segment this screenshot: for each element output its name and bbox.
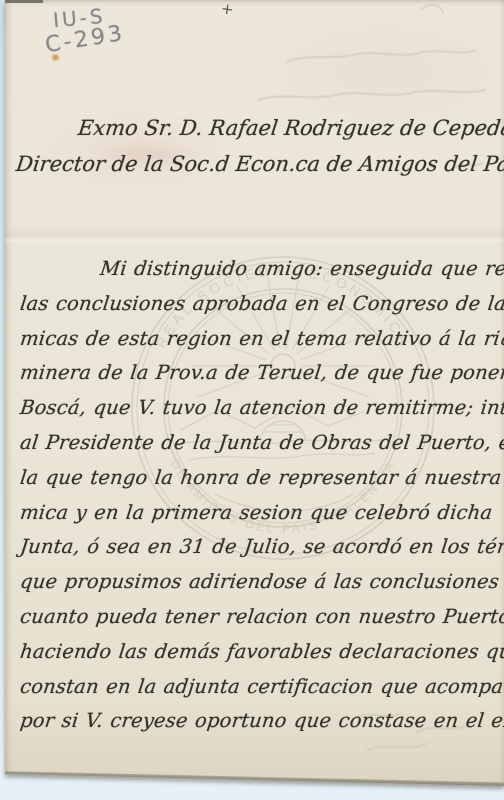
letter-line: mica y en la primera sesion que celebró …	[18, 496, 504, 531]
scan-frame: REAL SOCIEDAD ECONOMICA DE AMIGOS DEL PA…	[0, 0, 504, 800]
letter-line: minera de la Prov.a de Teruel, de que fu…	[18, 356, 504, 391]
letter-line: micas de esta region en el tema relativo…	[18, 322, 504, 357]
letter-line: Boscá, que V. tuvo la atencion de remiti…	[18, 391, 504, 426]
letter-line: constan en la adjunta certificacion que …	[18, 670, 504, 705]
letter-line: cuanto pueda tener relacion con nuestro …	[18, 600, 504, 635]
letter-header: Exmo Sr. D. Rafael Rodriguez de Cepeda D…	[14, 110, 504, 182]
letter-line: por si V. creyese oportuno que constase …	[18, 704, 504, 739]
letter-line: al Presidente de la Junta de Obras del P…	[18, 426, 504, 461]
paper-shadow-wrap: REAL SOCIEDAD ECONOMICA DE AMIGOS DEL PA…	[0, 0, 504, 800]
letter-header-line: Director de la Soc.d Econ.ca de Amigos d…	[14, 146, 504, 182]
letter-line: Junta, ó sea en 31 de Julio, se acordó e…	[18, 530, 504, 565]
letter-body: Mi distinguido amigo: enseguida que reci…	[18, 252, 504, 739]
letter-line: las conclusiones aprobada en el Congreso…	[18, 287, 504, 322]
letter-header-line: Exmo Sr. D. Rafael Rodriguez de Cepeda	[14, 110, 504, 146]
registration-cross-mark: +	[220, 0, 235, 19]
letter-line: Mi distinguido amigo: enseguida que reci…	[18, 252, 504, 287]
letter-line: la que tengo la honra de representar á n…	[18, 461, 504, 496]
letter-page: REAL SOCIEDAD ECONOMICA DE AMIGOS DEL PA…	[5, 0, 504, 800]
letter-line: que propusimos adiriendose á las conclus…	[18, 565, 504, 600]
letter-line: haciendo las demás favorables declaracio…	[18, 635, 504, 670]
